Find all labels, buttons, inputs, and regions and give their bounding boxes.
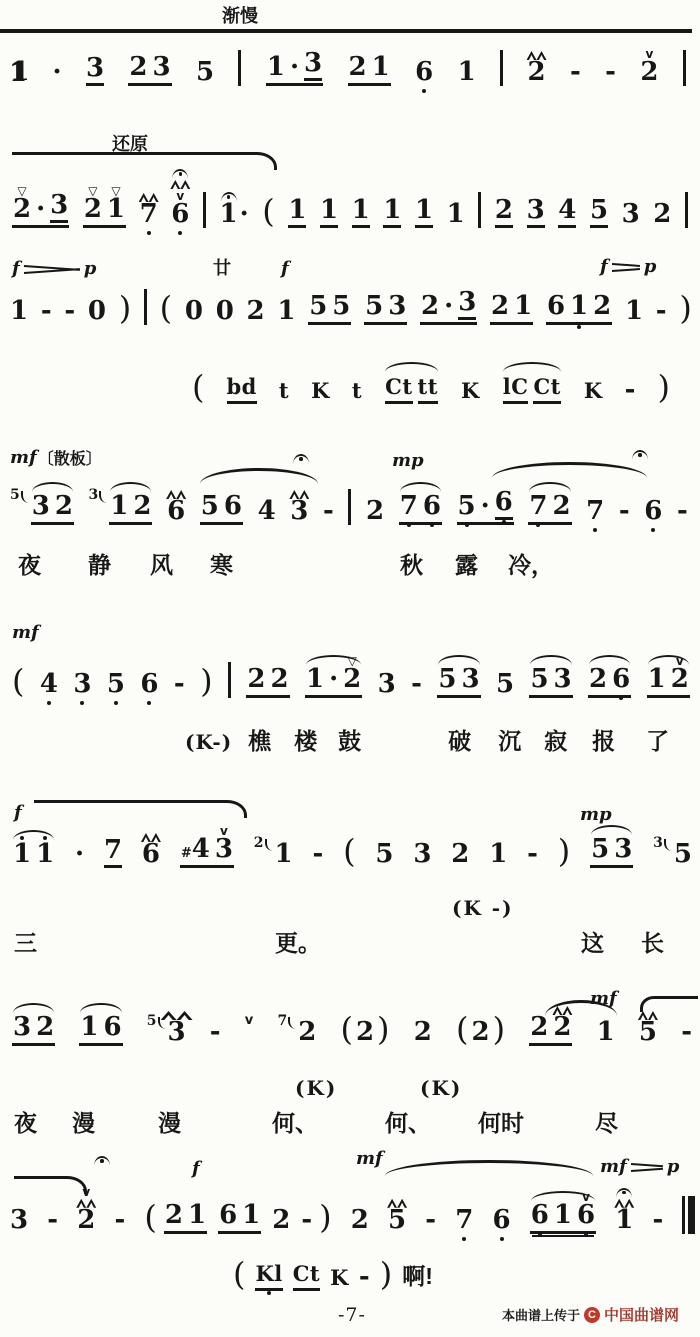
lyrics-line-4: 夜漫漫何、何、何时尽 bbox=[14, 1110, 618, 1136]
dynamic-mf-text: mf bbox=[600, 1156, 627, 1177]
note-glyph: 6 bbox=[171, 199, 189, 229]
note: ▽2 bbox=[84, 196, 102, 223]
note: ▽1 bbox=[107, 196, 125, 223]
note-group: 22 bbox=[529, 1014, 572, 1046]
note-glyph: 1 bbox=[13, 839, 31, 869]
ornament-stack bbox=[614, 1188, 634, 1208]
note: 6 bbox=[495, 489, 513, 520]
note-glyph: 7 bbox=[455, 1205, 473, 1235]
note-glyph: - bbox=[301, 1205, 312, 1235]
note: 3 bbox=[614, 836, 632, 863]
note-glyph: 2 bbox=[349, 52, 367, 82]
note: 1 bbox=[458, 59, 476, 86]
high-octave-dot bbox=[43, 836, 47, 840]
note-glyph: 6 bbox=[495, 487, 513, 517]
note-glyph: 6 bbox=[423, 491, 441, 521]
note-glyph: 1 bbox=[554, 1200, 572, 1230]
dynamic-p: p bbox=[84, 258, 97, 279]
note-sequence: (21612-) bbox=[144, 1202, 331, 1234]
note-glyph: · bbox=[36, 194, 45, 224]
note: · bbox=[481, 493, 490, 520]
breath-mark-icon: v bbox=[245, 1013, 253, 1028]
note: 1 bbox=[514, 293, 532, 320]
note-glyph: 7 bbox=[586, 496, 604, 526]
note-glyph: 1 bbox=[383, 195, 401, 225]
note: ▽2 bbox=[343, 666, 361, 693]
note-glyph: 2 bbox=[36, 1012, 54, 1042]
note: - bbox=[323, 498, 334, 525]
note-glyph: - bbox=[625, 375, 636, 405]
note-glyph: 2 bbox=[13, 194, 31, 224]
percussion-syllable: K bbox=[461, 377, 480, 404]
note-glyph: K bbox=[311, 378, 330, 403]
note: 5 bbox=[388, 1207, 406, 1234]
grace-hook-icon bbox=[288, 1017, 296, 1029]
decrescendo-hairpin-icon bbox=[612, 261, 640, 273]
ornament-stack bbox=[527, 51, 547, 60]
percussion-syllable: Ct bbox=[533, 373, 560, 404]
note-glyph: 2 bbox=[129, 52, 147, 82]
ornament-stack bbox=[552, 1006, 572, 1015]
low-octave-dot bbox=[47, 701, 51, 705]
note: 1 bbox=[615, 1207, 633, 1234]
ornament-stack bbox=[161, 1011, 193, 1020]
note: - bbox=[64, 298, 75, 325]
note-glyph: lC bbox=[503, 374, 529, 399]
note-glyph: - bbox=[425, 1205, 436, 1235]
note-glyph: 2 bbox=[84, 194, 102, 224]
note-group: 53 bbox=[437, 666, 480, 698]
bar-line bbox=[238, 50, 241, 86]
note: 5 bbox=[201, 493, 219, 520]
note-group: 26 bbox=[588, 666, 631, 698]
lyric-char: 沉 bbox=[498, 728, 521, 754]
note-glyph: 7 bbox=[104, 835, 122, 865]
note-glyph: 3 bbox=[304, 48, 322, 78]
note: 3 bbox=[50, 192, 68, 223]
note: 4 bbox=[558, 197, 576, 228]
note: 1 bbox=[489, 841, 507, 868]
ornament-stack: ▽ bbox=[348, 655, 357, 667]
note-glyph: 3 bbox=[50, 190, 68, 220]
note: 6 bbox=[644, 498, 662, 525]
note: 1 bbox=[10, 298, 28, 325]
note: 3 bbox=[13, 1014, 31, 1041]
note-glyph: 5 bbox=[332, 291, 350, 321]
note-glyph: 3 bbox=[86, 53, 104, 83]
note-glyph: 1 bbox=[306, 664, 324, 694]
note-glyph: 2 bbox=[451, 839, 469, 869]
grace-hook-icon bbox=[664, 839, 672, 851]
ornament-stack: ▽ bbox=[17, 185, 26, 197]
note-group: Cttt bbox=[384, 373, 439, 404]
note-glyph: bd bbox=[227, 374, 257, 399]
nian-symbol: 廿 bbox=[213, 254, 231, 280]
note-glyph: 2 bbox=[270, 664, 288, 694]
note-glyph: 2 bbox=[55, 491, 73, 521]
lyric-char: 秋 bbox=[400, 552, 423, 578]
note-glyph: 6 bbox=[219, 1200, 237, 1230]
note-glyph: 6 bbox=[644, 496, 662, 526]
note: 5 bbox=[458, 493, 476, 520]
ornament-stack: ▽ bbox=[88, 185, 97, 197]
note: - bbox=[625, 377, 636, 404]
note: v2 bbox=[640, 59, 658, 86]
note-glyph: 5 bbox=[309, 291, 327, 321]
note: 5 bbox=[496, 671, 514, 698]
note: 6 bbox=[423, 493, 441, 520]
lyric-char: 樵 bbox=[248, 728, 271, 754]
parenthesis: ( bbox=[456, 1014, 468, 1046]
note-glyph: ) bbox=[679, 289, 691, 327]
note: · bbox=[75, 841, 84, 868]
accent-mark-icon: ▽ bbox=[17, 185, 26, 197]
note-glyph: ) bbox=[558, 832, 570, 870]
note-glyph: - bbox=[41, 296, 52, 326]
note: 7 bbox=[586, 498, 604, 525]
note: #4 bbox=[181, 836, 210, 863]
grace-note: 3 bbox=[653, 835, 672, 851]
dynamic-mf-text: mf bbox=[356, 1148, 383, 1169]
note-glyph: 1 bbox=[10, 57, 28, 87]
note-sequence: (2) bbox=[456, 1014, 505, 1046]
note: 6 bbox=[219, 1202, 237, 1229]
note-glyph: - bbox=[64, 296, 75, 326]
note-glyph: ( bbox=[340, 1010, 352, 1048]
dynamic-f: f bbox=[281, 258, 289, 279]
note: 2 bbox=[491, 293, 509, 320]
note-group: 53 bbox=[364, 293, 407, 325]
note-glyph: 1 bbox=[648, 664, 666, 694]
parenthesis: ( bbox=[262, 196, 274, 228]
low-octave-dot bbox=[147, 701, 151, 705]
note: 2 bbox=[36, 1014, 54, 1041]
low-octave-dot bbox=[465, 523, 469, 527]
note-glyph: Ct bbox=[293, 1261, 320, 1286]
lyric-char: 三 bbox=[14, 930, 37, 956]
note: 0 bbox=[185, 298, 203, 325]
note-group: 56 bbox=[200, 493, 243, 525]
note-glyph: 5 bbox=[591, 834, 609, 864]
note: - bbox=[681, 1019, 692, 1046]
ornament-stack bbox=[221, 192, 237, 202]
percussion-syllable: K bbox=[311, 377, 330, 404]
note: 1 bbox=[80, 1014, 98, 1041]
note: 5 bbox=[107, 671, 125, 698]
note-glyph: 1 bbox=[625, 296, 643, 326]
note: 5 bbox=[365, 293, 383, 320]
note-glyph: 5 bbox=[639, 1017, 657, 1047]
note-group: 612 bbox=[546, 293, 612, 325]
lyric-char: 夜 bbox=[14, 1110, 37, 1136]
note-glyph: 3 bbox=[388, 291, 406, 321]
note: 6 bbox=[224, 493, 242, 520]
note: - bbox=[527, 841, 538, 868]
note-glyph: 2 bbox=[133, 491, 151, 521]
lyrics-line-3: 三更。这长 bbox=[14, 930, 664, 956]
grace-note: 7 bbox=[277, 1013, 296, 1029]
note: 2 bbox=[552, 493, 570, 520]
note-glyph: 1 bbox=[288, 195, 306, 225]
note-glyph: 3 bbox=[554, 664, 572, 694]
note-glyph: 2 bbox=[421, 291, 439, 321]
percussion-syllable: Kl bbox=[255, 1260, 282, 1291]
grace-hook-icon bbox=[21, 491, 29, 503]
percussion-line: (bdtKtCtttKlCCtK-) bbox=[192, 372, 670, 404]
note: - bbox=[425, 1207, 436, 1234]
dynamic-f: f bbox=[14, 802, 22, 823]
note: 2 bbox=[495, 197, 513, 228]
ornament-stack bbox=[166, 490, 186, 499]
note-glyph: 4 bbox=[40, 669, 58, 699]
lyric-char: (K-) bbox=[185, 730, 232, 754]
note-glyph: 啊! bbox=[402, 1263, 433, 1289]
note-glyph: 2 bbox=[530, 1012, 548, 1042]
note-glyph: 6 bbox=[493, 1205, 511, 1235]
note-glyph: 3 bbox=[378, 669, 396, 699]
note-glyph: 1 bbox=[110, 491, 128, 521]
note: · bbox=[290, 54, 299, 81]
note-glyph: 2 bbox=[272, 1205, 290, 1235]
note: 1 bbox=[320, 197, 338, 228]
watermark: 本曲谱上传于 C 中国曲谱网 bbox=[502, 1304, 679, 1325]
dynamic-mf: mf bbox=[10, 447, 37, 468]
dynamic-f-dim-p: f p bbox=[12, 258, 96, 279]
parenthesis: ( bbox=[12, 666, 24, 698]
note-glyph: 1 bbox=[597, 1017, 615, 1047]
note-glyph: 2 bbox=[553, 1012, 571, 1042]
tremolo-icon bbox=[638, 1011, 658, 1020]
note: 5 bbox=[375, 841, 393, 868]
note: 7 bbox=[455, 1207, 473, 1234]
bar-line bbox=[228, 662, 231, 698]
lyric-char: 静 bbox=[88, 552, 111, 578]
accent-mark-icon: ▽ bbox=[88, 185, 97, 197]
low-octave-dot bbox=[619, 696, 623, 700]
note-glyph: - bbox=[47, 1205, 58, 1235]
note-glyph: t bbox=[352, 378, 362, 403]
parenthesis: ) bbox=[200, 666, 212, 698]
note: 1 bbox=[597, 1019, 615, 1046]
note-glyph: 1 bbox=[80, 1012, 98, 1042]
dynamic-mf: mf bbox=[356, 1148, 383, 1169]
note: - bbox=[619, 498, 630, 525]
note-group: 53 bbox=[590, 836, 633, 868]
note-glyph: · bbox=[444, 291, 453, 321]
note: 1 bbox=[110, 493, 128, 520]
dynamic-f: f bbox=[12, 258, 20, 279]
note-glyph: · bbox=[52, 57, 61, 87]
note: v2 bbox=[671, 666, 689, 693]
tremolo-icon bbox=[387, 1199, 407, 1208]
note: 1 bbox=[36, 841, 54, 868]
note-glyph: Kl bbox=[255, 1261, 282, 1286]
note: 2 bbox=[349, 54, 367, 81]
note-glyph: ( bbox=[192, 368, 204, 406]
note: 2 bbox=[129, 54, 147, 81]
tremolo-icon bbox=[552, 1006, 572, 1015]
note-glyph: 4 bbox=[558, 195, 576, 225]
note: 3 bbox=[153, 54, 171, 81]
note-glyph: 6 bbox=[103, 1012, 121, 1042]
note: 3 bbox=[304, 50, 322, 81]
lyric-char: 风 bbox=[150, 552, 173, 578]
percussion-syllable: K bbox=[330, 1264, 349, 1291]
dynamic-f-dim-p-right: f p bbox=[600, 256, 656, 277]
grace-wrapper: 312 bbox=[89, 493, 153, 525]
low-octave-dot bbox=[651, 528, 655, 532]
note-glyph: 2 bbox=[495, 195, 513, 225]
note-glyph: - bbox=[681, 1017, 692, 1047]
note-glyph: 1 bbox=[220, 199, 238, 229]
high-octave-dot bbox=[20, 836, 24, 840]
low-octave-dot bbox=[407, 523, 411, 527]
note-glyph: 1 bbox=[447, 199, 465, 229]
note-sequence: 1· bbox=[220, 201, 249, 228]
decrescendo-hairpin-icon bbox=[24, 263, 80, 275]
note-glyph: - bbox=[619, 496, 630, 526]
note-glyph: 6 bbox=[612, 664, 630, 694]
note-group: 76 bbox=[399, 493, 442, 525]
note: 7 bbox=[400, 493, 418, 520]
note-glyph: · bbox=[290, 52, 299, 82]
note-glyph: 2 bbox=[527, 57, 545, 87]
note-glyph: ) bbox=[493, 1010, 505, 1048]
note-glyph: K bbox=[461, 378, 480, 403]
note-glyph: 2 bbox=[414, 1017, 432, 1047]
final-percussion-line: (KlCtK-)啊! bbox=[233, 1258, 433, 1291]
percussion-k-row: (K) bbox=[295, 1076, 337, 1100]
dynamic-f2: f bbox=[281, 258, 289, 279]
note-glyph: ) bbox=[119, 289, 131, 327]
sanban-label: mf〔散板〕 bbox=[10, 446, 102, 469]
note: 1 bbox=[277, 298, 295, 325]
note-glyph: 3 bbox=[458, 287, 476, 317]
note-glyph: 2 bbox=[77, 1205, 95, 1235]
note: - bbox=[47, 1207, 58, 1234]
note-glyph: 5 bbox=[196, 57, 214, 87]
note: 1 bbox=[13, 841, 31, 868]
low-octave-dot bbox=[147, 231, 151, 235]
note-glyph: 1 bbox=[458, 57, 476, 87]
note-glyph: 3 bbox=[215, 834, 233, 864]
note: 2 bbox=[272, 1207, 290, 1234]
note-glyph: · bbox=[240, 199, 249, 229]
grace-note: 5 bbox=[10, 487, 29, 503]
note-glyph: 6 bbox=[547, 291, 565, 321]
note-glyph: 6 bbox=[224, 491, 242, 521]
note-glyph: - bbox=[527, 839, 538, 869]
note: v6 bbox=[171, 201, 189, 228]
note: · bbox=[240, 201, 249, 228]
note-glyph: ( bbox=[12, 662, 24, 700]
grace-note-digit: 3 bbox=[653, 835, 663, 851]
bar-line bbox=[348, 489, 351, 525]
phrase-line bbox=[640, 996, 698, 1012]
low-octave-dot bbox=[80, 701, 84, 705]
breath-mark-icon: v bbox=[582, 1191, 590, 1203]
lyrics-line-2: (K-)樵楼鼓破沉寂报了 bbox=[185, 728, 669, 754]
note-glyph: - bbox=[656, 296, 667, 326]
note-glyph: 0 bbox=[216, 296, 234, 326]
note-glyph: 3 bbox=[413, 839, 431, 869]
grace-wrapper: 72 bbox=[277, 1019, 316, 1046]
accent-mark-icon: ▽ bbox=[348, 655, 357, 667]
note-glyph: 3 bbox=[168, 1017, 186, 1047]
note-glyph: 0 bbox=[185, 296, 203, 326]
note-glyph: 3 bbox=[32, 491, 50, 521]
note: 7 bbox=[104, 837, 122, 868]
parenthesis: ) bbox=[493, 1014, 505, 1046]
low-octave-dot bbox=[577, 325, 581, 329]
percussion-syllable: tt bbox=[418, 373, 438, 404]
note-glyph: ( bbox=[456, 1010, 468, 1048]
note-glyph: · bbox=[329, 664, 338, 694]
note-glyph: - bbox=[312, 839, 323, 869]
music-line-3: 1--0)(002155532·3216121-) bbox=[10, 289, 692, 325]
note-group: 32 bbox=[12, 1014, 55, 1046]
note: - bbox=[114, 1207, 125, 1234]
note-group: ▽2·3 bbox=[12, 192, 69, 228]
bar-line bbox=[685, 192, 688, 228]
bar-line bbox=[478, 192, 481, 228]
tempo-label: 渐慢 bbox=[222, 2, 258, 28]
note: 3 bbox=[10, 1207, 28, 1234]
note-glyph: 2 bbox=[351, 1205, 369, 1235]
note: 2 bbox=[451, 841, 469, 868]
note: 2 bbox=[553, 1014, 571, 1041]
page-number: -7- bbox=[338, 1304, 366, 1326]
dynamic-f: f bbox=[192, 1158, 200, 1179]
note: - bbox=[677, 498, 688, 525]
note: 0 bbox=[88, 298, 106, 325]
note-glyph: ( bbox=[233, 1255, 245, 1293]
fermata-icon bbox=[221, 192, 237, 202]
parenthesis: ( bbox=[160, 293, 172, 325]
dynamic-mp: mp bbox=[580, 804, 612, 825]
note-glyph: 5 bbox=[365, 291, 383, 321]
percussion-k-row: (K -) bbox=[452, 896, 514, 920]
note: 6 bbox=[140, 671, 158, 698]
note: - bbox=[312, 841, 323, 868]
note: 2 bbox=[298, 1019, 316, 1046]
tremolo-icon bbox=[170, 180, 190, 189]
note: 2 bbox=[527, 59, 545, 86]
note-glyph: K bbox=[584, 378, 603, 403]
grace-wrapper: 21 bbox=[254, 841, 293, 868]
grace-wrapper: 532 bbox=[10, 493, 74, 525]
lyric-char: 何时 bbox=[478, 1110, 524, 1136]
grace-note-digit: 3 bbox=[89, 487, 99, 503]
note: v3 bbox=[215, 836, 233, 863]
ornament-stack: v bbox=[645, 48, 653, 60]
note-group: 55 bbox=[308, 293, 351, 325]
note-glyph: 2 bbox=[671, 664, 689, 694]
low-octave-dot bbox=[462, 1237, 466, 1241]
note-glyph: 5 bbox=[438, 664, 456, 694]
note-glyph: 5 bbox=[530, 664, 548, 694]
note: 2 bbox=[165, 1202, 183, 1229]
percussion-syllable: lC bbox=[503, 373, 529, 404]
dynamic-p: p bbox=[644, 256, 657, 277]
note: - bbox=[210, 1019, 221, 1046]
lyric-char: 尽 bbox=[595, 1110, 618, 1136]
note: 3 bbox=[527, 197, 545, 228]
note: 1 bbox=[648, 666, 666, 693]
note: · bbox=[36, 196, 45, 223]
dynamic-f: f bbox=[600, 256, 608, 277]
note-glyph: 3 bbox=[290, 496, 308, 526]
